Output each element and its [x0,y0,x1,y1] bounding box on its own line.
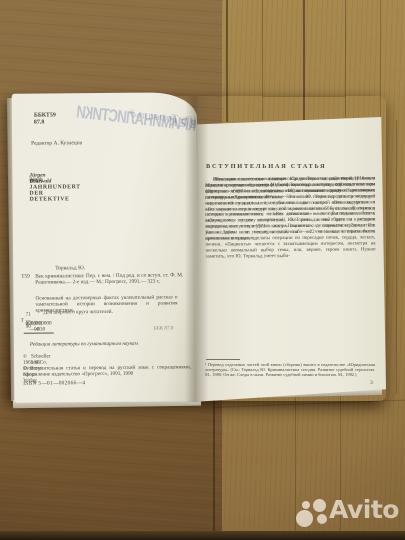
article-body: Вниманию советского читателя предлагаетс… [205,176,375,177]
floor-plank-seam [396,120,397,394]
floor-shadow-edge [0,531,405,540]
footnote-text: ¹ Перевод отдельных частей этой книги (с… [205,362,375,378]
avito-logo-icon [317,514,327,524]
book-gutter-shadow [185,96,209,402]
photo-scene: Ю. Торвальд ВЕК КРИМИНАЛИСТИКИ ББК 87.8 … [0,0,405,540]
catalog-entry: Т59 Век криминалистики: Пер. с нем. / По… [21,272,183,273]
footnote-rule [206,359,240,360]
editor-line: Редактор А. Кузнецов [31,140,82,146]
showthrough-cover-text: Ю. Торвальд ВЕК КРИМИНАЛИСТИКИ [62,101,197,116]
article-paragraph: Несколько слов о самом авторе. Юрген Тор… [205,176,376,260]
catalog-index: Т59 [21,274,30,280]
page-number: 3 [370,380,373,386]
book-right-page: ВСТУПИТЕЛЬНАЯ СТАТЬЯ Вниманию советского… [196,117,386,403]
catalog-author: Торвальд Ю. [55,265,85,271]
isbn-line: ISBN 5—01—002066—4 [23,380,85,387]
showthrough-title-line2: КРИМИНАЛИСТИКИ [76,101,198,135]
avito-logo-icon [302,501,310,509]
avito-logo-icon [296,510,313,527]
copyright-russian: © Вступительная статья и перевод на русс… [23,364,191,377]
avito-watermark: Avito [296,498,400,532]
original-city: Zürich [29,178,42,183]
bbk-index: Т59 [34,112,56,119]
editorial-office-line: Редакция литературы по гуманитарным наук… [30,341,138,348]
article-heading: ВСТУПИТЕЛЬНАЯ СТАТЬЯ [206,163,326,170]
annotation-audience: Для широкого круга читателей. [44,309,113,316]
floor-plank-seam [213,394,215,534]
catalog-entry-text: Век криминалистики: Пер. с нем. / Под ре… [35,272,183,285]
formula-suffix: 71—90 [26,312,31,330]
copyright-german-line2: Schoeller and Co. [23,353,51,365]
bbk-right: ББК 87.8 [154,325,174,331]
avito-wordmark: Avito [329,495,399,524]
avito-logo-icon [313,499,326,512]
book-left-page: Ю. Торвальд ВЕК КРИМИНАЛИСТИКИ ББК 87.8 … [12,92,200,403]
